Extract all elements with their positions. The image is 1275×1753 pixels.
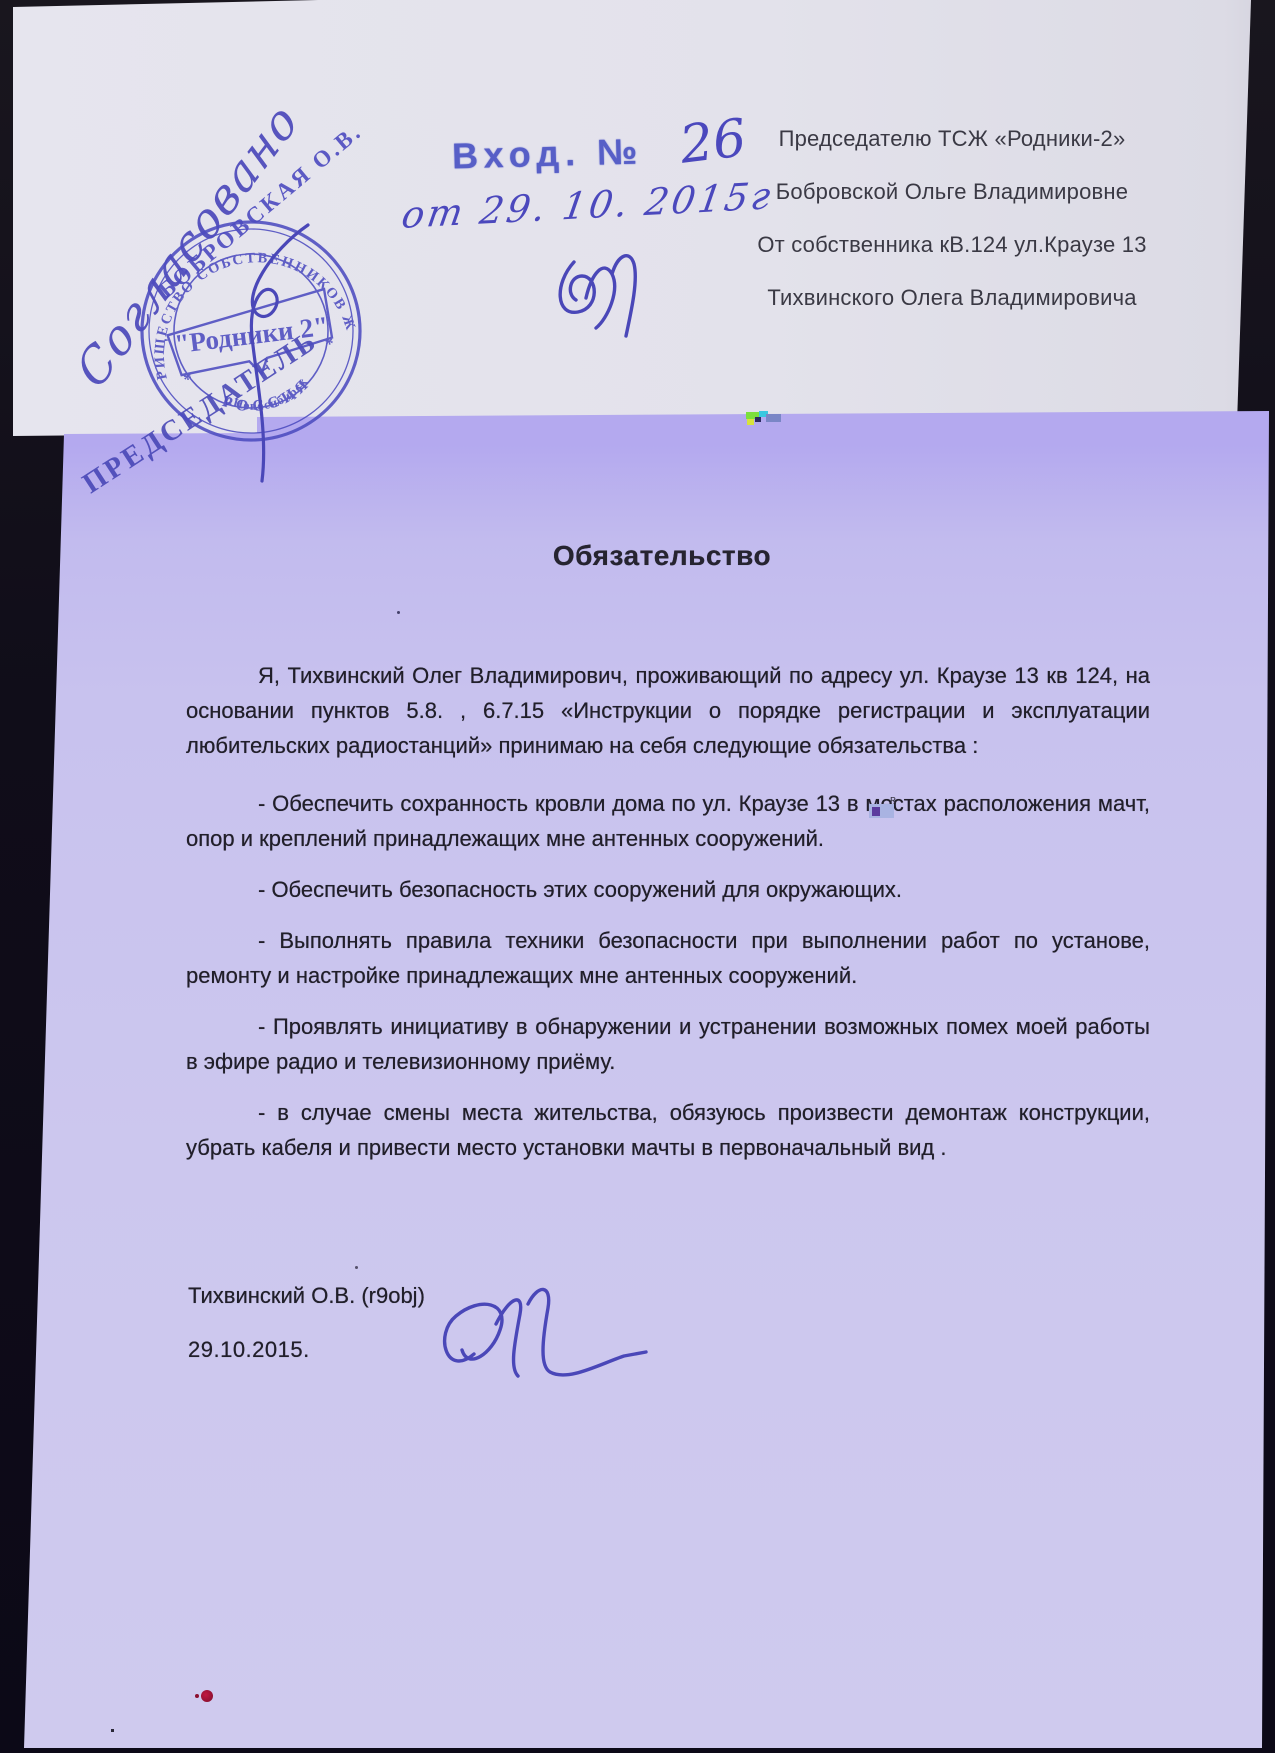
obligation-item: - в случае смены места жительства, обязу… (186, 1095, 1150, 1165)
obligation-item: - Обеспечить безопасность этих сооружени… (186, 872, 1150, 907)
recipient-line-1: Председателю ТСЖ «Родники-2» (732, 112, 1172, 165)
red-ink-dot (201, 1690, 213, 1702)
obligation-item: - Обеспечить сохранность кровли дома по … (186, 786, 1150, 856)
scan-glitch-blue (766, 414, 781, 422)
dust-speck (355, 1266, 358, 1269)
scanned-document: Председателю ТСЖ «Родники-2» Бобровской … (0, 0, 1275, 1753)
recipient-line-4: Тихвинского Олега Владимировича (732, 271, 1172, 324)
recipient-line-2: Бобровской Ольге Владимировне (732, 165, 1172, 218)
incoming-number-handwritten: 26 (677, 108, 750, 176)
obligation-item: - Проявлять инициативу в обнаружении и у… (186, 1009, 1150, 1079)
incoming-stamp-label: Вход. № (451, 131, 643, 178)
scan-artifact-mark (872, 807, 880, 816)
recipient-block: Председателю ТСЖ «Родники-2» Бобровской … (732, 112, 1172, 324)
obligations-list: - Обеспечить сохранность кровли дома по … (186, 786, 1150, 1181)
document-title: Обязательство (186, 540, 1138, 572)
signer-name: Тихвинский О.В. (r9obj) (188, 1283, 425, 1309)
dust-speck (397, 611, 400, 614)
approver-signature (212, 205, 342, 505)
scan-glitch-dark (755, 417, 761, 422)
red-ink-speck (195, 1694, 199, 1698)
recipient-line-3: От собственника кВ.124 ул.Краузе 13 (732, 218, 1172, 271)
incoming-signature (540, 232, 680, 352)
document-intro: Я, Тихвинский Олег Владимирович, прожива… (186, 658, 1150, 763)
scan-artifact-glyph: ʀ (890, 794, 896, 806)
signer-signature (420, 1272, 670, 1392)
obligation-item: - Выполнять правила техники безопасности… (186, 923, 1150, 993)
signer-date: 29.10.2015. (188, 1337, 310, 1363)
scan-glitch-yellow (747, 419, 754, 425)
dust-speck (111, 1729, 114, 1732)
